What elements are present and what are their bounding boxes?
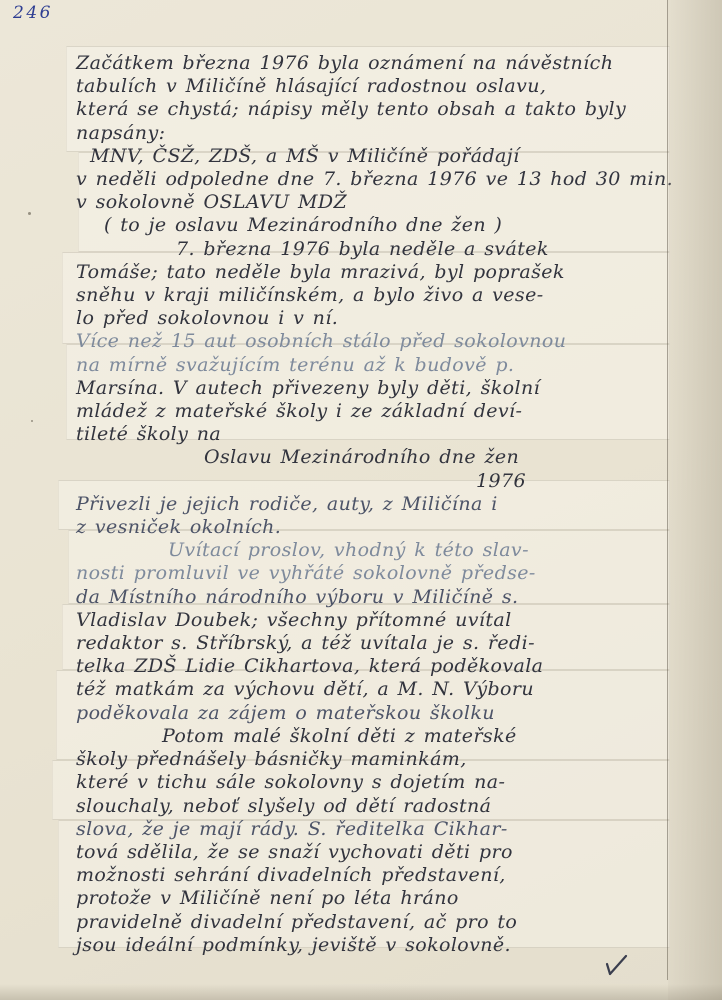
handwritten-line: poděkovala za zájem o mateřskou školku [76, 702, 672, 725]
handwritten-line: slouchaly, neboť slyšely od dětí radostn… [76, 795, 672, 818]
handwritten-line: slova, že je mají rády. S. ředitelka Cik… [76, 818, 672, 841]
handwritten-line: Vladislav Doubek; všechny přítomné uvíta… [76, 609, 672, 632]
handwritten-line: školy přednášely básničky maminkám, [76, 748, 672, 771]
handwritten-line: které v tichu sále sokolovny s dojetím n… [76, 771, 672, 794]
handwritten-line: na mírně svažujícím terénu až k budově p… [76, 354, 672, 377]
handwritten-line: Potom malé školní děti z mateřské [162, 725, 672, 748]
handwritten-line: redaktor s. Stříbrský, a též uvítala je … [76, 632, 672, 655]
handwritten-line: mládež z mateřské školy i ze základní de… [76, 400, 672, 423]
handwritten-line: která se chystá; nápisy měly tento obsah… [76, 98, 672, 121]
handwritten-line: napsány: [76, 122, 672, 145]
handwritten-line: též matkám za výchovu dětí, a M. N. Výbo… [76, 678, 672, 701]
page-edge [667, 0, 668, 980]
ink-speck [28, 212, 31, 215]
handwritten-line: Začátkem března 1976 byla oznámení na ná… [76, 52, 672, 75]
handwritten-line: v neděli odpoledne dne 7. března 1976 ve… [76, 168, 672, 191]
handwritten-line: Více než 15 aut osobních stálo před soko… [76, 330, 672, 353]
handwritten-line: telka ZDŠ Lidie Cikhartova, která poděko… [76, 655, 672, 678]
handwritten-line: Uvítací proslov, vhodný k této slav- [168, 539, 672, 562]
page-bottom-shadow [0, 984, 722, 1000]
page-number: 246 [13, 3, 53, 23]
handwritten-line: v sokolovně OSLAVU MDŽ [76, 191, 672, 214]
handwritten-line: Přivezli je jejich rodiče, auty, z Milič… [76, 493, 672, 516]
handwritten-line: 7. března 1976 byla neděle a svátek [176, 238, 672, 261]
handwritten-line: Marsína. V autech přivezeny byly děti, š… [76, 377, 672, 400]
handwritten-line: tabulích v Miličíně hlásající radostnou … [76, 75, 672, 98]
handwritten-line: ( to je oslavu Mezinárodního dne žen ) [104, 214, 672, 237]
handwritten-line: jsou ideální podmínky, jeviště v sokolov… [76, 934, 672, 957]
handwritten-line: sněhu v kraji miličínském, a bylo živo a… [76, 284, 672, 307]
book-gutter-shadow [668, 0, 722, 1000]
handwritten-line: nosti promluvil ve vyhřáté sokolovně pře… [76, 562, 672, 585]
handwritten-line: da Místního národního výboru v Miličíně … [76, 586, 672, 609]
handwritten-line: pravidelně divadelní představení, ač pro… [76, 911, 672, 934]
chronicle-page: 246 Začátkem března 1976 byla oznámení n… [0, 0, 722, 1000]
handwritten-line: tileté školy na [76, 423, 672, 446]
handwritten-line: Oslavu Mezinárodního dne žen [204, 446, 672, 469]
handwritten-line: lo před sokolovnou i v ní. [76, 307, 672, 330]
ink-speck [31, 420, 33, 422]
handwritten-line: protože v Miličíně není po léta hráno [76, 887, 672, 910]
handwritten-line: 1976 [476, 470, 672, 493]
handwritten-line: tová sdělila, že se snaží vychovati děti… [76, 841, 672, 864]
handwritten-line: možnosti sehrání divadelních představení… [76, 864, 672, 887]
handwritten-line: MNV, ČSŽ, ZDŠ, a MŠ v Miličíně pořádají [90, 145, 672, 168]
handwritten-line: Tomáše; tato neděle byla mrazivá, byl po… [76, 261, 672, 284]
handwritten-text-block: Začátkem března 1976 byla oznámení na ná… [76, 52, 672, 957]
handwritten-line: z vesniček okolních. [76, 516, 672, 539]
check-mark-icon [602, 952, 630, 984]
